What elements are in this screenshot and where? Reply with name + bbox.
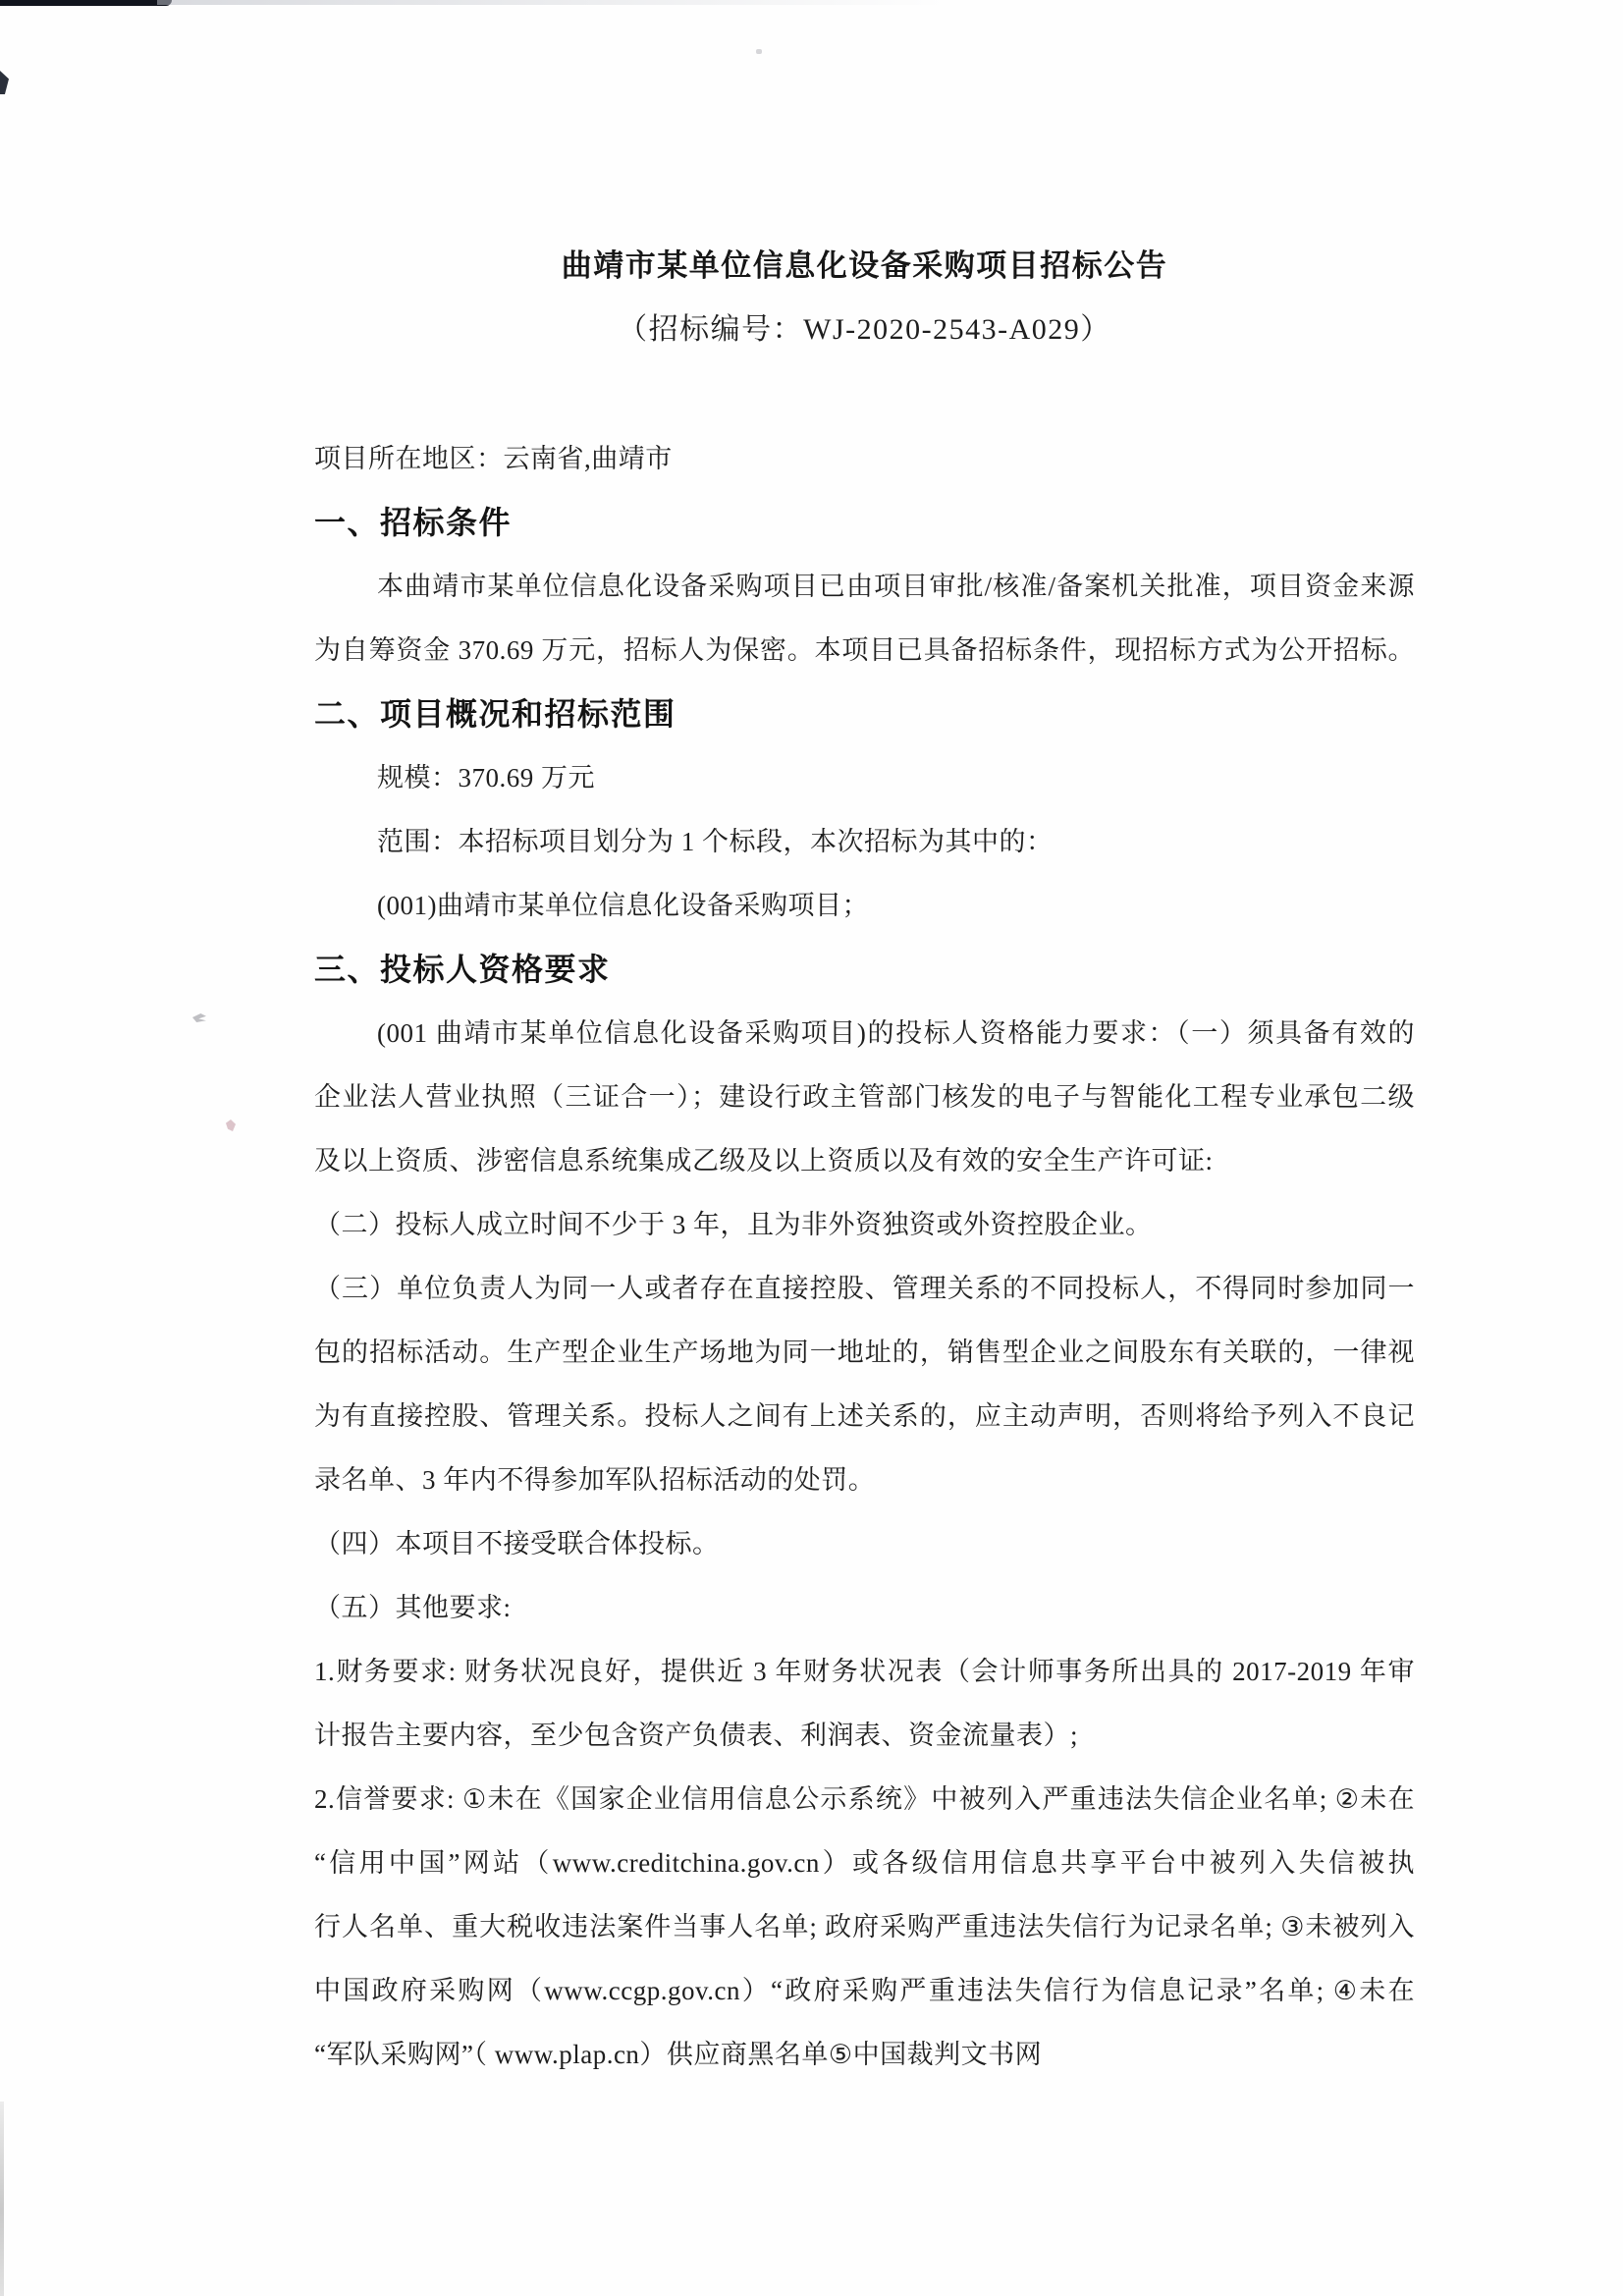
section3-item3-line: 录名单、3 年内不得参加军队招标活动的处罚。	[314, 1449, 1415, 1512]
scan-artifact-top-edge	[0, 0, 172, 6]
section3-item3-line: 为有直接控股、管理关系。投标人之间有上述关系的，应主动声明，否则将给予列入不良记	[314, 1385, 1415, 1449]
scan-artifact-top-shadow	[157, 0, 1090, 5]
scan-artifact-left-wedge	[0, 71, 9, 94]
document-content: 曲靖市某单位信息化设备采购项目招标公告 （招标编号：WJ-2020-2543-A…	[314, 234, 1415, 2087]
credit-requirement-line: 中国政府采购网（www.ccgp.gov.cn）“政府采购严重违法失信行为信息记…	[314, 1959, 1415, 2023]
project-location-line: 项目所在地区：云南省,曲靖市	[314, 427, 1415, 491]
project-scope-line: 范围：本招标项目划分为 1 个标段，本次招标为其中的：	[314, 810, 1415, 874]
scan-speck	[192, 1013, 206, 1022]
credit-requirement-line: 行人名单、重大税收违法案件当事人名单; 政府采购严重违法失信行为记录名单; ③未…	[314, 1895, 1415, 1959]
section3-heading: 三、投标人资格要求	[314, 938, 1415, 1002]
financial-requirement-line: 1.财务要求: 财务状况良好，提供近 3 年财务状况表（会计师事务所出具的 20…	[314, 1640, 1415, 1704]
scan-speck	[226, 1120, 236, 1131]
project-scale-line: 规模：370.69 万元	[314, 746, 1415, 810]
section1-paragraph-line: 本曲靖市某单位信息化设备采购项目已由项目审批/核准/备案机关批准，项目资金来源	[314, 555, 1415, 619]
financial-requirement-line: 计报告主要内容，至少包含资产负债表、利润表、资金流量表）;	[314, 1704, 1415, 1768]
section2-heading: 二、项目概况和招标范围	[314, 683, 1415, 746]
bid-package-line: (001)曲靖市某单位信息化设备采购项目；	[314, 874, 1415, 938]
section3-item3-line: 包的招标活动。生产型企业生产场地为同一地址的，销售型企业之间股东有关联的，一律视	[314, 1321, 1415, 1385]
section3-paragraph-line: (001 曲靖市某单位信息化设备采购项目)的投标人资格能力要求：（一）须具备有效…	[314, 1002, 1415, 1066]
tender-number-line: （招标编号：WJ-2020-2543-A029）	[314, 298, 1415, 361]
section3-paragraph-line: 及以上资质、涉密信息系统集成乙级及以上资质以及有效的安全生产许可证:	[314, 1129, 1415, 1193]
credit-requirement-line: “信用中国”网站（www.creditchina.gov.cn）或各级信用信息共…	[314, 1831, 1415, 1895]
scan-artifact-left-edge-line	[0, 2102, 4, 2296]
section1-heading: 一、招标条件	[314, 491, 1415, 555]
credit-requirement-line: “军队采购网”（ www.plap.cn）供应商黑名单⑤中国裁判文书网	[314, 2023, 1415, 2087]
document-title: 曲靖市某单位信息化设备采购项目招标公告	[314, 234, 1415, 298]
section3-paragraph-line: 企业法人营业执照（三证合一）；建设行政主管部门核发的电子与智能化工程专业承包二级	[314, 1066, 1415, 1129]
section1-paragraph-line: 为自筹资金 370.69 万元，招标人为保密。本项目已具备招标条件，现招标方式为…	[314, 619, 1415, 683]
credit-requirement-line: 2.信誉要求: ①未在《国家企业信用信息公示系统》中被列入严重违法失信企业名单;…	[314, 1768, 1415, 1831]
section3-item2-line: （二）投标人成立时间不少于 3 年，且为非外资独资或外资控股企业。	[314, 1193, 1415, 1257]
scan-speck	[756, 49, 762, 54]
section3-item5-line: （五）其他要求:	[314, 1576, 1415, 1640]
scanned-document-page: 曲靖市某单位信息化设备采购项目招标公告 （招标编号：WJ-2020-2543-A…	[0, 0, 1623, 2296]
section3-item3-line: （三）单位负责人为同一人或者存在直接控股、管理关系的不同投标人，不得同时参加同一	[314, 1257, 1415, 1321]
section3-item4-line: （四）本项目不接受联合体投标。	[314, 1512, 1415, 1576]
